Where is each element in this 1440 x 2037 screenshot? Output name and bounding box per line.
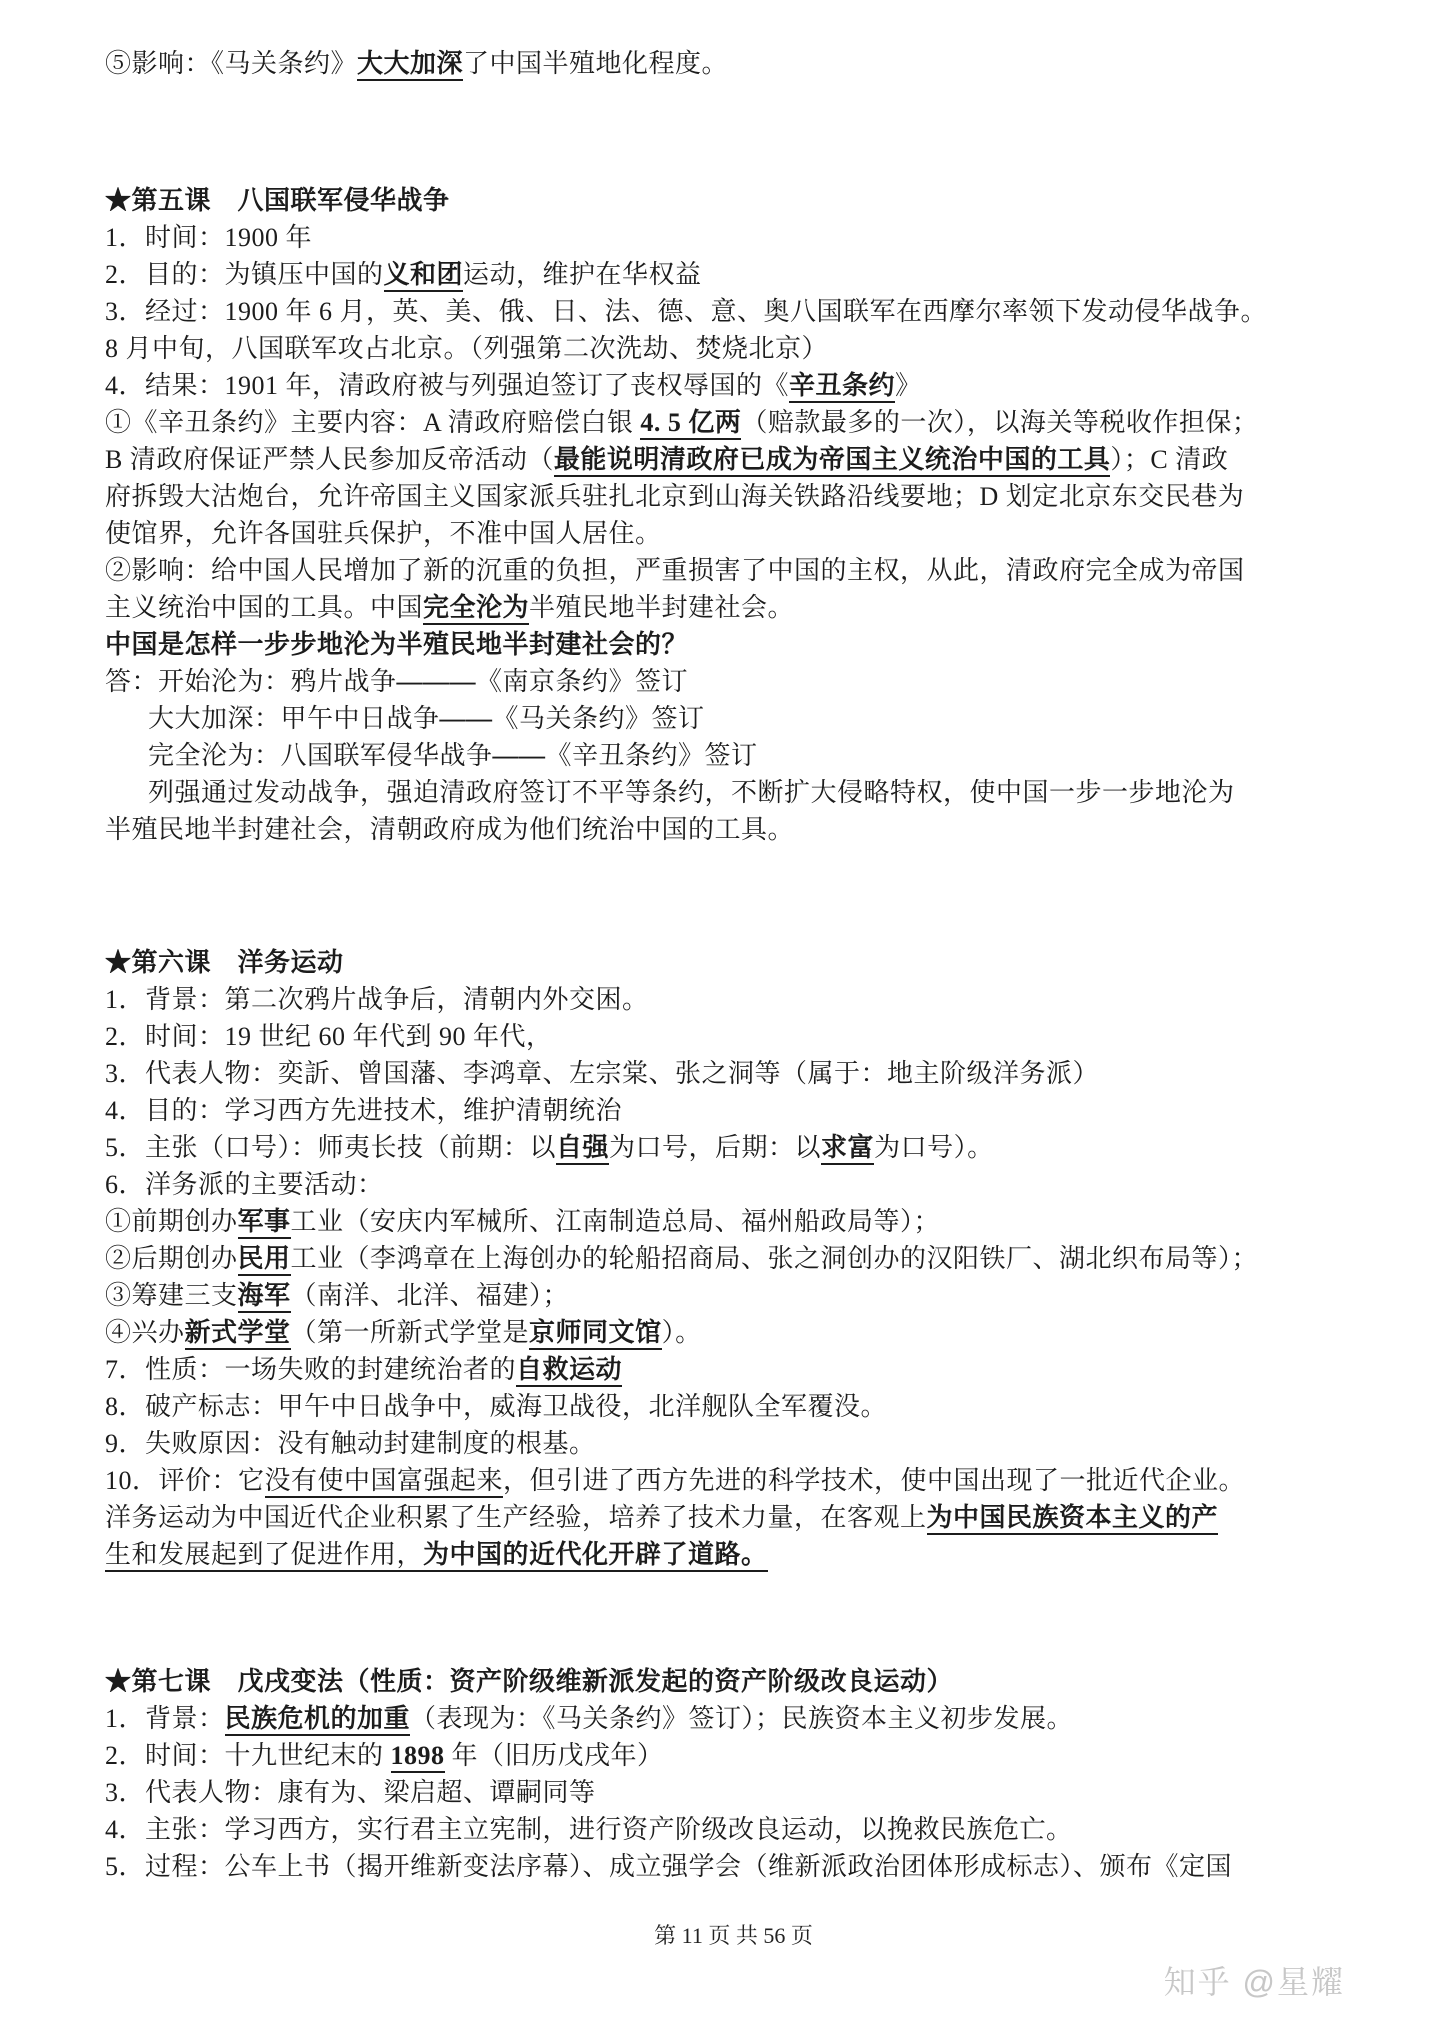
- answer-line-5: 半殖民地半封建社会，清朝政府成为他们统治中国的工具。: [105, 811, 1362, 848]
- lesson6-activities-heading: 6．洋务派的主要活动：: [105, 1166, 1362, 1203]
- text-segment: ②后期创办: [105, 1244, 238, 1273]
- text-segment: ①《辛丑条约》主要内容：A 清政府赔偿白银: [105, 408, 640, 437]
- text-segment: 3．代表人物：康有为、梁启超、谭嗣同等: [105, 1778, 596, 1807]
- text-segment: ⑤影响：《马关条约》: [105, 49, 357, 78]
- page-number: 第 11 页 共 56 页: [105, 1921, 1362, 1951]
- activity-2: ②后期创办民用工业（李鸿章在上海创办的轮船招商局、张之洞创办的汉阳铁厂、湖北织布…: [105, 1240, 1362, 1277]
- treaty-content-c: 府拆毁大沽炮台，允许帝国主义国家派兵驻扎北京到山海关铁路沿线要地；D 划定北京东…: [105, 478, 1362, 515]
- text-segment: 半殖民地半封建社会，清朝政府成为他们统治中国的工具。: [105, 815, 794, 844]
- text-segment: 工业（安庆内军械所、江南制造总局、福州船政局等）；: [291, 1207, 941, 1236]
- text-segment: 1898: [391, 1741, 445, 1773]
- text-segment: ）；C 清政: [1110, 445, 1228, 474]
- text-segment: （第一所新式学堂是: [291, 1318, 530, 1347]
- text-segment: B 清政府保证严禁人民参加反帝活动（: [105, 445, 554, 474]
- lesson6-time: 2．时间：19 世纪 60 年代到 90 年代，: [105, 1018, 1362, 1055]
- treaty-content-b: B 清政府保证严禁人民参加反帝活动（最能说明清政府已成为帝国主义统治中国的工具）…: [105, 441, 1362, 478]
- text-segment: ★第六课 洋务运动: [105, 948, 344, 977]
- text-segment: 》: [895, 371, 922, 400]
- text-segment: 3．经过：1900 年 6 月，英、美、俄、日、法、德、意、奥八国联军在西摩尔率…: [105, 297, 1267, 326]
- activity-1: ①前期创办军事工业（安庆内军械所、江南制造总局、福州船政局等）；: [105, 1203, 1362, 1240]
- activity-4: ④兴办新式学堂（第一所新式学堂是京师同文馆）。: [105, 1314, 1362, 1351]
- activity-3: ③筹建三支海军（南洋、北洋、福建）；: [105, 1277, 1362, 1314]
- treaty-impact-1: ②影响：给中国人民增加了新的沉重的负担，严重损害了中国的主权，从此，清政府完全成…: [105, 552, 1362, 589]
- lesson7-heading: ★第七课 戊戌变法（性质：资产阶级维新派发起的资产阶级改良运动）: [105, 1663, 1362, 1700]
- text-segment: 主义统治中国的工具。中国: [105, 593, 423, 622]
- lesson6-slogan: 5．主张（口号）：师夷长技（前期：以自强为口号，后期：以求富为口号）。: [105, 1129, 1362, 1166]
- lesson5-course-1: 3．经过：1900 年 6 月，英、美、俄、日、法、德、意、奥八国联军在西摩尔率…: [105, 293, 1362, 330]
- text-segment: 年（旧历戊戌年）: [445, 1741, 664, 1770]
- lesson7-process: 5．过程：公车上书（揭开维新变法序幕）、成立强学会（维新派政治团体形成标志）、颁…: [105, 1848, 1362, 1885]
- text-segment: 为口号）。: [874, 1133, 994, 1162]
- lesson6-evaluation-1: 10．评价：它没有使中国富强起来，但引进了西方先进的科学技术，使中国出现了一批近…: [105, 1462, 1362, 1499]
- text-segment: 《马关条约》签订: [493, 704, 705, 733]
- text-segment: 5．主张（口号）：师夷长技（前期：以: [105, 1133, 556, 1162]
- text-segment: 半殖民地半封建社会。: [529, 593, 794, 622]
- text-segment: 4．结果：1901 年，清政府被与列强迫签订了丧权辱国的《: [105, 371, 789, 400]
- lesson7-figures: 3．代表人物：康有为、梁启超、谭嗣同等: [105, 1774, 1362, 1811]
- answer-line-3: 完全沦为：八国联军侵华战争——《辛丑条约》签订: [105, 737, 1362, 774]
- text-segment: 最能说明清政府已成为帝国主义统治中国的工具: [554, 445, 1111, 477]
- text-segment: ★第五课 八国联军侵华战争: [105, 186, 450, 215]
- text-segment: ——: [493, 741, 546, 770]
- text-segment: 洋务运动为中国近代企业积累了生产经验，培养了技术力量，在客观上: [105, 1503, 927, 1532]
- text-segment: 4．目的：学习西方先进技术，维护清朝统治: [105, 1096, 622, 1125]
- lesson7-proposal: 4．主张：学习西方，实行君主立宪制，进行资产阶级改良运动，以挽救民族危亡。: [105, 1811, 1362, 1848]
- lesson6-failure-reason: 9．失败原因：没有触动封建制度的根基。: [105, 1425, 1362, 1462]
- impact-note-maguan: ⑤影响：《马关条约》大大加深了中国半殖地化程度。: [105, 45, 1362, 82]
- zhihu-watermark: 知乎 @星耀: [1164, 1957, 1345, 2003]
- text-segment: 4. 5 亿两: [640, 408, 741, 440]
- text-segment: ———: [397, 667, 477, 696]
- treaty-impact-2: 主义统治中国的工具。中国完全沦为半殖民地半封建社会。: [105, 589, 1362, 626]
- text-segment: 9．失败原因：没有触动封建制度的根基。: [105, 1429, 596, 1458]
- lesson6-figures: 3．代表人物：奕訢、曾国藩、李鸿章、左宗棠、张之洞等（属于：地主阶级洋务派）: [105, 1055, 1362, 1092]
- lesson6-background: 1．背景：第二次鸦片战争后，清朝内外交困。: [105, 981, 1362, 1018]
- text-segment: 生和发展起到了促进作用，: [105, 1540, 423, 1572]
- text-segment: 答：开始沦为：鸦片战争: [105, 667, 397, 696]
- text-segment: 使馆界，允许各国驻兵保护，不准中国人居住。: [105, 519, 662, 548]
- treaty-content-d: 使馆界，允许各国驻兵保护，不准中国人居住。: [105, 515, 1362, 552]
- text-segment: 民用: [238, 1244, 291, 1276]
- text-segment: 6．洋务派的主要活动：: [105, 1170, 384, 1199]
- document-page: ⑤影响：《马关条约》大大加深了中国半殖地化程度。★第五课 八国联军侵华战争1．时…: [0, 0, 1440, 1951]
- text-segment: 2．时间：19 世纪 60 年代到 90 年代，: [105, 1022, 553, 1051]
- lesson5-course-2: 8 月中旬，八国联军攻占北京。（列强第二次洗劫、焚烧北京）: [105, 330, 1362, 367]
- text-segment: 为口号，后期：以: [609, 1133, 821, 1162]
- text-segment: 中国是怎样一步步地沦为半殖民地半封建社会的？: [105, 630, 688, 659]
- lesson5-heading: ★第五课 八国联军侵华战争: [105, 182, 1362, 219]
- text-segment: 民族危机的加重: [225, 1704, 411, 1736]
- text-segment: 《辛丑条约》签订: [546, 741, 758, 770]
- treaty-content-a: ①《辛丑条约》主要内容：A 清政府赔偿白银 4. 5 亿两（赔款最多的一次），以…: [105, 404, 1362, 441]
- lesson5-purpose: 2．目的：为镇压中国的义和团运动，维护在华权益: [105, 256, 1362, 293]
- lesson6-evaluation-3: 生和发展起到了促进作用，为中国的近代化开辟了道路。: [105, 1536, 1362, 1573]
- text-segment: 自强: [556, 1133, 609, 1165]
- text-segment: 《南京条约》签订: [476, 667, 688, 696]
- text-segment: ④兴办: [105, 1318, 185, 1347]
- text-segment: 2．目的：为镇压中国的: [105, 260, 384, 289]
- answer-line-4: 列强通过发动战争，强迫清政府签订不平等条约，不断扩大侵略特权，使中国一步一步地沦…: [105, 774, 1362, 811]
- text-segment: 1．背景：第二次鸦片战争后，清朝内外交困。: [105, 985, 649, 1014]
- text-segment: 为中国民族资本主义的产: [927, 1503, 1219, 1535]
- text-segment: ★第七课 戊戌变法（性质：资产阶级维新派发起的资产阶级改良运动）: [105, 1667, 953, 1696]
- lesson5-time: 1．时间：1900 年: [105, 219, 1362, 256]
- text-segment: ）。: [662, 1318, 702, 1347]
- text-segment: 1．时间：1900 年: [105, 223, 312, 252]
- text-segment: 新式学堂: [185, 1318, 291, 1350]
- lesson6-nature: 7．性质：一场失败的封建统治者的自救运动: [105, 1351, 1362, 1388]
- text-segment: （赔款最多的一次），以海关等税收作担保；: [741, 408, 1258, 437]
- lesson6-evaluation-2: 洋务运动为中国近代企业积累了生产经验，培养了技术力量，在客观上为中国民族资本主义…: [105, 1499, 1362, 1536]
- text-segment: 工业（李鸿章在上海创办的轮船招商局、张之洞创办的汉阳铁厂、湖北织布局等）；: [291, 1244, 1259, 1273]
- text-segment: （表现为：《马关条约》签订）；民族资本主义初步发展。: [410, 1704, 1073, 1733]
- text-segment: 5．过程：公车上书（揭开维新变法序幕）、成立强学会（维新派政治团体形成标志）、颁…: [105, 1852, 1232, 1881]
- answer-line-1: 答：开始沦为：鸦片战争———《南京条约》签订: [105, 663, 1362, 700]
- text-segment: 海军: [238, 1281, 291, 1313]
- text-segment: 京师同文馆: [529, 1318, 662, 1350]
- lesson6-heading: ★第六课 洋务运动: [105, 944, 1362, 981]
- question-heading: 中国是怎样一步步地沦为半殖民地半封建社会的？: [105, 626, 1362, 663]
- text-segment: 没有使中国富强起来: [265, 1466, 504, 1498]
- lesson5-result: 4．结果：1901 年，清政府被与列强迫签订了丧权辱国的《辛丑条约》: [105, 367, 1362, 404]
- text-segment: 大大加深：甲午中日战争: [148, 704, 440, 733]
- text-segment: 求富: [821, 1133, 874, 1165]
- text-segment: 8 月中旬，八国联军攻占北京。（列强第二次洗劫、焚烧北京）: [105, 334, 828, 363]
- text-segment: 大大加深: [357, 49, 463, 81]
- document-body: ⑤影响：《马关条约》大大加深了中国半殖地化程度。★第五课 八国联军侵华战争1．时…: [105, 45, 1362, 1885]
- text-segment: 了中国半殖地化程度。: [463, 49, 728, 78]
- lesson7-background: 1．背景：民族危机的加重（表现为：《马关条约》签订）；民族资本主义初步发展。: [105, 1700, 1362, 1737]
- text-segment: 8．破产标志：甲午中日战争中，威海卫战役，北洋舰队全军覆没。: [105, 1392, 887, 1421]
- text-segment: ②影响：给中国人民增加了新的沉重的负担，严重损害了中国的主权，从此，清政府完全成…: [105, 556, 1245, 585]
- text-segment: ③筹建三支: [105, 1281, 238, 1310]
- text-segment: 2．时间：十九世纪末的: [105, 1741, 391, 1770]
- text-segment: 完全沦为：八国联军侵华战争: [148, 741, 493, 770]
- text-segment: 辛丑条约: [789, 371, 895, 403]
- text-segment: ——: [440, 704, 493, 733]
- text-segment: 7．性质：一场失败的封建统治者的: [105, 1355, 516, 1384]
- text-segment: 完全沦为: [423, 593, 529, 625]
- text-segment: （南洋、北洋、福建）；: [291, 1281, 570, 1310]
- text-segment: 自救运动: [516, 1355, 622, 1387]
- text-segment: 府拆毁大沽炮台，允许帝国主义国家派兵驻扎北京到山海关铁路沿线要地；D 划定北京东…: [105, 482, 1244, 511]
- text-segment: 列强通过发动战争，强迫清政府签订不平等条约，不断扩大侵略特权，使中国一步一步地沦…: [148, 778, 1235, 807]
- text-segment: ，但引进了西方先进的科学技术，使中国出现了一批近代企业。: [503, 1466, 1245, 1495]
- lesson6-bankruptcy: 8．破产标志：甲午中日战争中，威海卫战役，北洋舰队全军覆没。: [105, 1388, 1362, 1425]
- text-segment: 3．代表人物：奕訢、曾国藩、李鸿章、左宗棠、张之洞等（属于：地主阶级洋务派）: [105, 1059, 1099, 1088]
- text-segment: 10．评价：它: [105, 1466, 265, 1495]
- text-segment: 为中国的近代化开辟了道路。: [423, 1540, 768, 1572]
- text-segment: 军事: [238, 1207, 291, 1239]
- lesson7-time: 2．时间：十九世纪末的 1898 年（旧历戊戌年）: [105, 1737, 1362, 1774]
- text-segment: 义和团: [384, 260, 464, 292]
- text-segment: ①前期创办: [105, 1207, 238, 1236]
- text-segment: 4．主张：学习西方，实行君主立宪制，进行资产阶级改良运动，以挽救民族危亡。: [105, 1815, 1073, 1844]
- text-segment: 1．背景：: [105, 1704, 225, 1733]
- lesson6-purpose: 4．目的：学习西方先进技术，维护清朝统治: [105, 1092, 1362, 1129]
- text-segment: 运动，维护在华权益: [463, 260, 702, 289]
- answer-line-2: 大大加深：甲午中日战争——《马关条约》签订: [105, 700, 1362, 737]
